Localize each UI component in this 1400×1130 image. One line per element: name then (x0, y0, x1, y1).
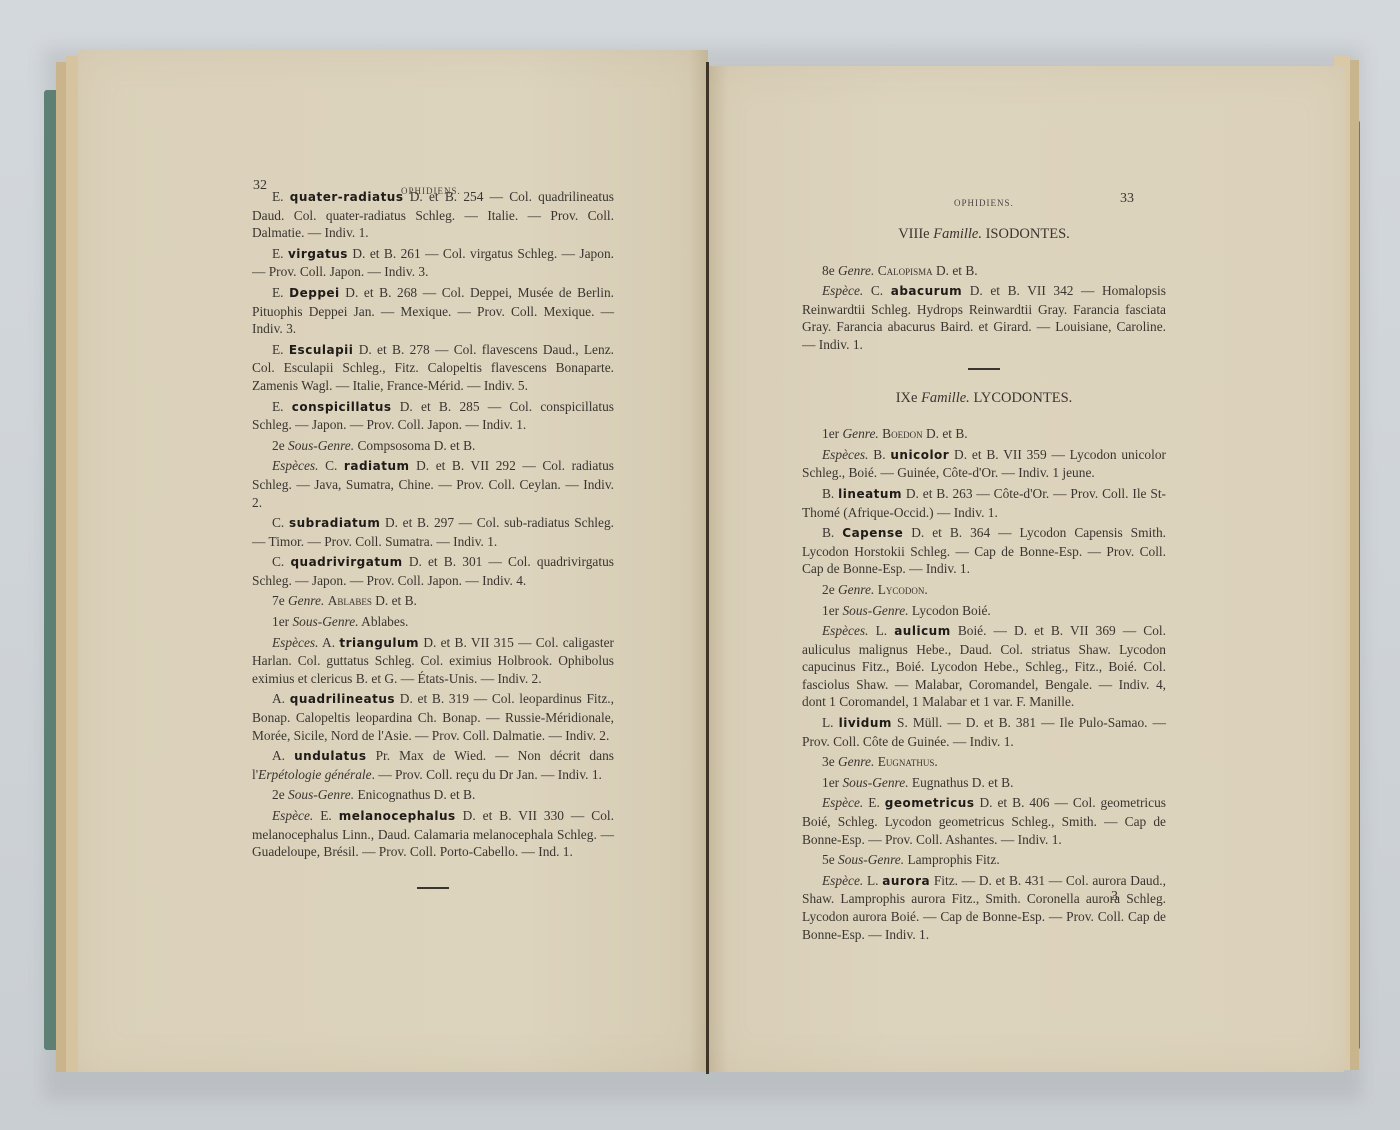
rank-label: Sous-Genre. (842, 775, 908, 790)
entry-text: Compsosoma D. et B. (357, 438, 475, 453)
rank-label: Espèces. (272, 635, 318, 650)
genus-initial: B. (822, 486, 834, 501)
rank-label: Genre. (838, 754, 874, 769)
rank-label: Espèces. (272, 458, 318, 473)
catalog-entry: Espèces. B. unicolor D. et B. VII 359 — … (802, 446, 1166, 482)
genus-initial: C. (325, 458, 337, 473)
entry-text: Ablabes. (361, 614, 408, 629)
catalog-entry: E. Esculapii D. et B. 278 — Col. flavesc… (252, 341, 614, 395)
genus-initial: E. (272, 399, 284, 414)
species-name: geometricus (885, 796, 975, 810)
species-name: Deppei (289, 286, 340, 300)
catalog-entry: E. quater-radiatus D. et B. 254 — Col. q… (252, 188, 614, 242)
entry-text-tail: . — Prov. Coll. reçu du Dr Jan. — Indiv.… (372, 767, 602, 782)
catalog-entry: 2e Sous-Genre. Compsosoma D. et B. (252, 437, 614, 455)
catalog-entry: 1er Sous-Genre. Eugnathus D. et B. (802, 774, 1166, 792)
family-viii-entries: 8e Genre. Calopisma D. et B. Espèce. C. … (802, 262, 1166, 354)
genus-initial: E. (272, 189, 284, 204)
catalog-entry: 2e Sous-Genre. Enicognathus D. et B. (252, 786, 614, 804)
species-name: aulicum (894, 624, 951, 638)
species-name: melanocephalus (339, 809, 456, 823)
rank-number: 2e (822, 582, 835, 597)
entry-text: D. et B. (375, 593, 417, 608)
catalog-entry: Espèces. C. radiatum D. et B. VII 292 — … (252, 457, 614, 511)
genus-initial: E. (320, 808, 332, 823)
catalog-entry: 1er Genre. Boedon D. et B. (802, 425, 1166, 443)
rank-number: 2e (272, 787, 285, 802)
running-head: OPHIDIENS. (954, 198, 1014, 208)
genus-initial: B. (873, 447, 885, 462)
rank-label: Sous-Genre. (288, 438, 354, 453)
catalog-entry: Espèce. L. aurora Fitz. — D. et B. 431 —… (802, 872, 1166, 943)
entry-text: Lamprophis Fitz. (907, 852, 999, 867)
rank-number: 1er (822, 426, 839, 441)
rank-number: 7e (272, 593, 285, 608)
rank-number: 1er (822, 775, 839, 790)
genus-name: Eugnathus. (878, 754, 938, 769)
species-name: subradiatum (289, 516, 380, 530)
rank-number: 2e (272, 438, 285, 453)
rank-label: Espèce. (822, 283, 863, 298)
left-text-block: E. quater-radiatus D. et B. 254 — Col. q… (252, 188, 614, 889)
family-heading-ix: IXe Famille. LYCODONTES. (802, 390, 1166, 408)
catalog-entry: 5e Sous-Genre. Lamprophis Fitz. (802, 851, 1166, 869)
catalog-entry: 2e Genre. Lycodon. (802, 581, 1166, 599)
rank-label: Espèce. (272, 808, 313, 823)
catalog-entry: 1er Sous-Genre. Lycodon Boié. (802, 602, 1166, 620)
genus-initial: A. (272, 748, 285, 763)
family-heading-viii: VIIIe Famille. ISODONTES. (802, 226, 1166, 244)
entry-text: D. et B. (936, 263, 978, 278)
rank-number: 1er (272, 614, 289, 629)
family-ix-entries: 1er Genre. Boedon D. et B. Espèces. B. u… (802, 425, 1166, 943)
rank-label: Genre. (838, 263, 874, 278)
species-name: lividum (839, 716, 892, 730)
catalog-entry: 1er Sous-Genre. Ablabes. (252, 613, 614, 631)
rank-number: 1er (822, 603, 839, 618)
catalog-entry: L. lividum S. Müll. — D. et B. 381 — Ile… (802, 714, 1166, 750)
right-page: OPHIDIENS. 33 VIIIe Famille. ISODONTES. … (709, 66, 1345, 1072)
catalog-entry: B. lineatum D. et B. 263 — Côte-d'Or. — … (802, 485, 1166, 521)
left-page: 32 OPHIDIENS. E. quater-radiatus D. et B… (78, 50, 708, 1072)
genus-initial: E. (272, 342, 284, 357)
genus-name: Ablabes (328, 593, 372, 608)
genus-initial: E. (868, 795, 880, 810)
catalog-entry: 3e Genre. Eugnathus. (802, 753, 1166, 771)
species-name: Capense (842, 526, 903, 540)
rank-label: Sous-Genre. (288, 787, 354, 802)
genus-initial: L. (876, 623, 888, 638)
catalog-entry: Espèces. L. aulicum Boié. — D. et B. VII… (802, 622, 1166, 711)
species-name: aurora (882, 874, 930, 888)
rank-label: Sous-Genre. (842, 603, 908, 618)
catalog-entry: E. conspicillatus D. et B. 285 — Col. co… (252, 398, 614, 434)
rank-label: Espèce. (822, 873, 863, 888)
catalog-entry: Espèce. E. geometricus D. et B. 406 — Co… (802, 794, 1166, 848)
genus-name: Calopisma (878, 263, 933, 278)
species-name: triangulum (339, 636, 419, 650)
genus-initial: C. (272, 515, 284, 530)
genus-name: Lycodon. (878, 582, 928, 597)
signature-mark: 3 (1111, 889, 1118, 905)
catalog-entry: B. Capense D. et B. 364 — Lycodon Capens… (802, 524, 1166, 578)
rank-label: Espèces. (822, 623, 868, 638)
page-number: 33 (1120, 191, 1134, 207)
species-name: lineatum (838, 487, 902, 501)
genus-name: Boedon (882, 426, 922, 441)
species-name: quadrivirgatum (290, 555, 402, 569)
catalog-entry: Espèce. E. melanocephalus D. et B. VII 3… (252, 807, 614, 861)
genus-initial: C. (871, 283, 883, 298)
rank-label: Genre. (838, 582, 874, 597)
genus-initial: E. (272, 246, 284, 261)
genus-initial: E. (272, 285, 284, 300)
rank-label: Genre. (842, 426, 878, 441)
catalog-entry: E. virgatus D. et B. 261 — Col. virgatus… (252, 245, 614, 281)
species-name: quater-radiatus (290, 190, 404, 204)
genus-initial: A. (272, 691, 285, 706)
genus-initial: B. (822, 525, 834, 540)
italic-title: Erpétologie générale (258, 767, 371, 782)
end-rule (417, 887, 449, 889)
species-name: virgatus (288, 247, 348, 261)
rank-number: 5e (822, 852, 835, 867)
catalog-entry: C. subradiatum D. et B. 297 — Col. sub-r… (252, 514, 614, 550)
rank-number: 8e (822, 263, 835, 278)
section-rule (968, 368, 1000, 370)
rank-number: 3e (822, 754, 835, 769)
rank-label: Espèce. (822, 795, 863, 810)
catalog-entry: A. quadrilineatus D. et B. 319 — Col. le… (252, 690, 614, 744)
species-name: radiatum (344, 459, 410, 473)
genus-initial: L. (822, 715, 834, 730)
rank-label: Sous-Genre. (292, 614, 358, 629)
catalog-entry: E. Deppei D. et B. 268 — Col. Deppei, Mu… (252, 284, 614, 338)
entry-text: Lycodon Boié. (912, 603, 991, 618)
species-name: unicolor (890, 448, 949, 462)
genus-initial: A. (322, 635, 335, 650)
entry-text: D. et B. (926, 426, 968, 441)
species-name: conspicillatus (292, 400, 392, 414)
species-name: undulatus (294, 749, 366, 763)
genus-initial: L. (867, 873, 879, 888)
catalog-entry: Espèce. C. abacurum D. et B. VII 342 — H… (802, 282, 1166, 353)
catalog-entry: 8e Genre. Calopisma D. et B. (802, 262, 1166, 280)
rank-label: Espèces. (822, 447, 868, 462)
catalog-entry: C. quadrivirgatum D. et B. 301 — Col. qu… (252, 553, 614, 589)
catalog-entry: Espèces. A. triangulum D. et B. VII 315 … (252, 634, 614, 688)
entry-text: Enicognathus D. et B. (357, 787, 475, 802)
species-name: abacurum (891, 284, 962, 298)
entry-text: Eugnathus D. et B. (912, 775, 1014, 790)
species-name: quadrilineatus (290, 692, 395, 706)
rank-label: Sous-Genre. (838, 852, 904, 867)
rank-label: Genre. (288, 593, 324, 608)
right-text-block: VIIIe Famille. ISODONTES. 8e Genre. Calo… (802, 216, 1166, 946)
species-name: Esculapii (289, 343, 354, 357)
catalog-entry: A. undulatus Pr. Max de Wied. — Non décr… (252, 747, 614, 783)
catalog-entry: 7e Genre. Ablabes D. et B. (252, 592, 614, 610)
genus-initial: C. (272, 554, 284, 569)
